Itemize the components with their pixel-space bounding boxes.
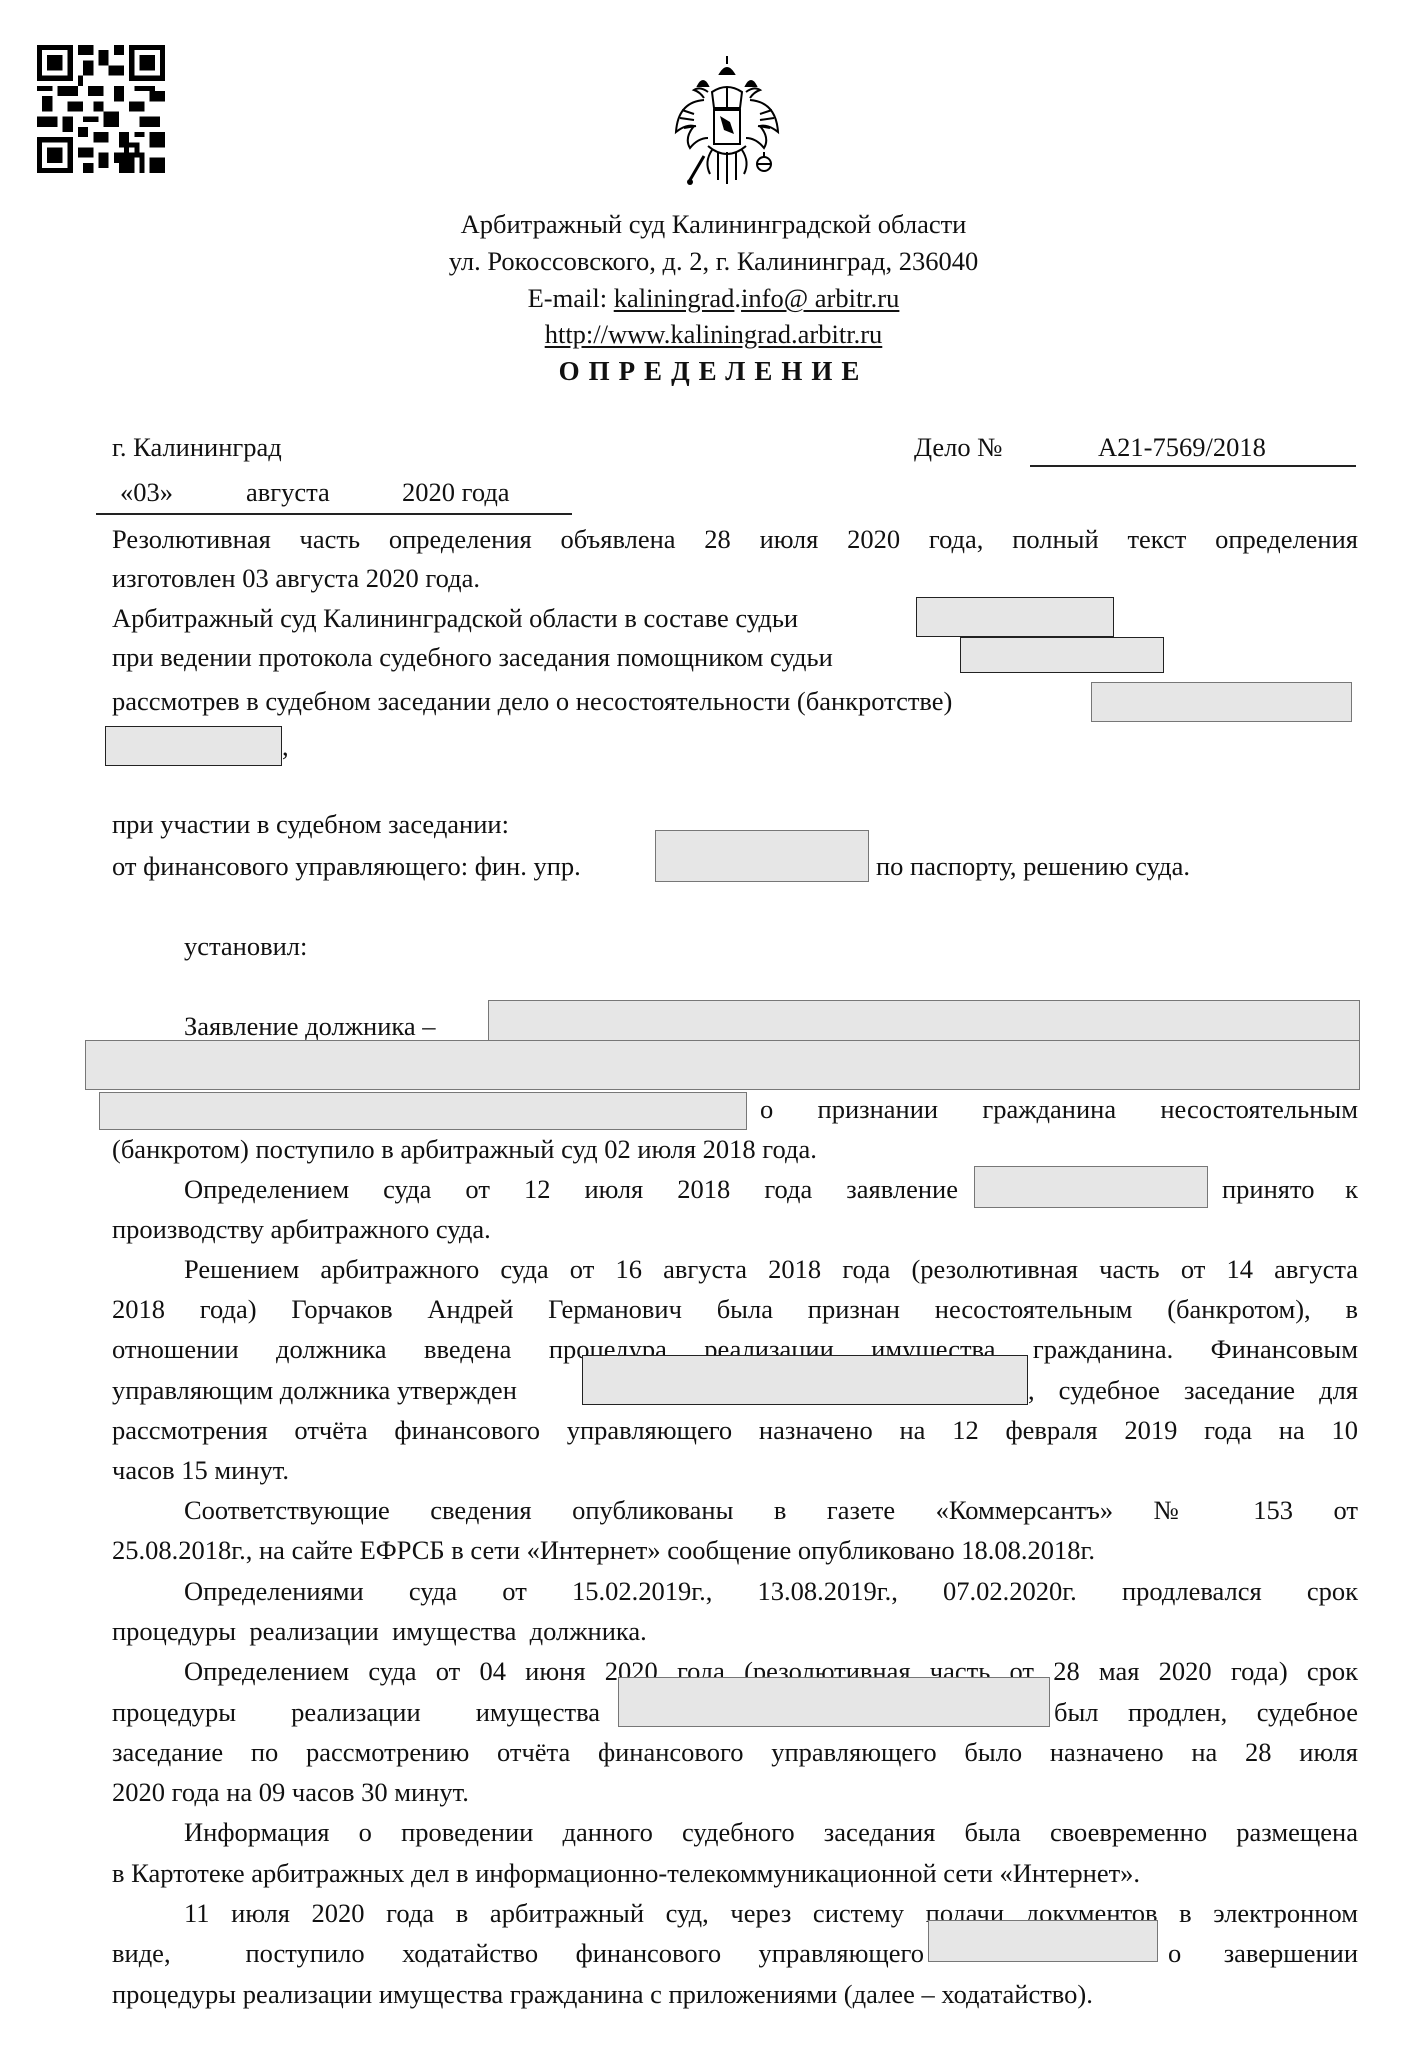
redacted-debtor-block-1	[488, 1000, 1360, 1042]
p2-line-1-pre: Определением суда от 12 июля 2018 года з…	[184, 1173, 958, 1205]
russian-coat-of-arms-icon	[668, 52, 786, 194]
email-link-part2[interactable]: info@ arbitr.ru	[741, 283, 899, 313]
p6-line-4: 2020 года на 09 часов 30 минут.	[112, 1776, 469, 1808]
participants-line-1: при участии в судебном заседании:	[112, 808, 509, 840]
p6-line-3: заседание по рассмотрению отчёта финансо…	[112, 1736, 1358, 1768]
date-month: августа	[246, 476, 330, 508]
established-heading: установил:	[184, 930, 307, 962]
p5-line-2: процедуры реализации имущества должника.	[112, 1615, 647, 1647]
date-year: 2020 года	[402, 476, 510, 508]
p8-line-1: 11 июля 2020 года в арбитражный суд, чер…	[184, 1897, 1358, 1929]
redacted-manager-name	[655, 830, 869, 882]
redacted-judge-name	[916, 597, 1114, 637]
p7-line-1: Информация о проведении данного судебног…	[184, 1816, 1358, 1848]
case-label: Дело №	[914, 431, 1003, 463]
p1-line-3-post: о признании гражданина несостоятельным	[760, 1093, 1358, 1125]
intro-line-5: рассмотрев в судебном заседании дело о н…	[112, 685, 952, 717]
p5-line-1: Определениями суда от 15.02.2019г., 13.0…	[184, 1575, 1358, 1607]
intro-line-6-comma: ,	[282, 730, 289, 762]
case-number-underline	[1030, 465, 1356, 467]
date-day: «03»	[120, 476, 173, 508]
p2-line-1-post: принято к	[1222, 1173, 1358, 1205]
intro-line-4: при ведении протокола судебного заседани…	[112, 641, 833, 673]
redacted-debtor-name-3	[974, 1166, 1208, 1208]
date-underline	[96, 513, 572, 515]
p6-line-2-pre: процедуры реализации имущества	[112, 1696, 600, 1728]
p7-line-2: в Картотеке арбитражных дел в информацио…	[112, 1857, 1140, 1889]
court-address: ул. Рокоссовского, д. 2, г. Калининград,…	[0, 245, 1427, 277]
p3-line-4-pre: управляющим должника утвержден	[112, 1374, 517, 1406]
city: г. Калининград	[112, 431, 282, 463]
p8-line-3: процедуры реализации имущества гражданин…	[112, 1978, 1093, 2010]
p8-line-2-post: о завершении	[1168, 1937, 1358, 1969]
intro-line-1: Резолютивная часть определения объявлена…	[112, 523, 1358, 555]
p1-line-1: Заявление должника –	[184, 1010, 436, 1042]
redacted-debtor-name-2	[105, 726, 282, 766]
court-name: Арбитражный суд Калининградской области	[0, 208, 1427, 240]
document-title: ОПРЕДЕЛЕНИЕ	[0, 355, 1427, 387]
email-link-part1[interactable]: kaliningrad	[614, 283, 735, 313]
participants-line-2-post: по паспорту, решению суда.	[876, 850, 1190, 882]
case-number: А21-7569/2018	[1098, 431, 1266, 463]
intro-line-2: изготовлен 03 августа 2020 года.	[112, 562, 480, 594]
intro-line-3: Арбитражный суд Калининградской области …	[112, 602, 798, 634]
p3-line-2: 2018 года) Горчаков Андрей Германович бы…	[112, 1293, 1358, 1325]
qr-code-icon	[37, 45, 165, 173]
redacted-manager-name-2	[582, 1355, 1028, 1405]
participants-line-2-pre: от финансового управляющего: фин. упр.	[112, 850, 581, 882]
redacted-debtor-name-1	[1091, 682, 1352, 722]
court-email: E-mail: kaliningrad.info@ arbitr.ru	[0, 282, 1427, 314]
email-label: E-mail:	[528, 283, 614, 313]
p3-line-6: часов 15 минут.	[112, 1454, 289, 1486]
redacted-debtor-block-3	[99, 1092, 747, 1130]
p4-line-2: 25.08.2018г., на сайте ЕФРСБ в сети «Инт…	[112, 1534, 1095, 1566]
p3-line-4-post: , судебное заседание для	[1028, 1374, 1358, 1406]
p1-line-4: (банкротом) поступило в арбитражный суд …	[112, 1133, 817, 1165]
p3-line-1: Решением арбитражного суда от 16 августа…	[184, 1253, 1358, 1285]
redacted-debtor-block-2	[85, 1040, 1360, 1090]
p3-line-5: рассмотрения отчёта финансового управляю…	[112, 1414, 1358, 1446]
court-website-link[interactable]: http://www.kaliningrad.arbitr.ru	[0, 318, 1427, 350]
p4-line-1: Соответствующие сведения опубликованы в …	[184, 1494, 1358, 1526]
p6-line-2-post: был продлен, судебное	[1054, 1696, 1358, 1728]
redacted-assistant-name	[960, 637, 1164, 673]
redacted-debtor-name-4	[618, 1677, 1050, 1727]
p2-line-2: производству арбитражного суда.	[112, 1213, 491, 1245]
redacted-manager-name-3	[928, 1920, 1158, 1962]
p8-line-2-pre: виде, поступило ходатайство финансового …	[112, 1937, 924, 1969]
